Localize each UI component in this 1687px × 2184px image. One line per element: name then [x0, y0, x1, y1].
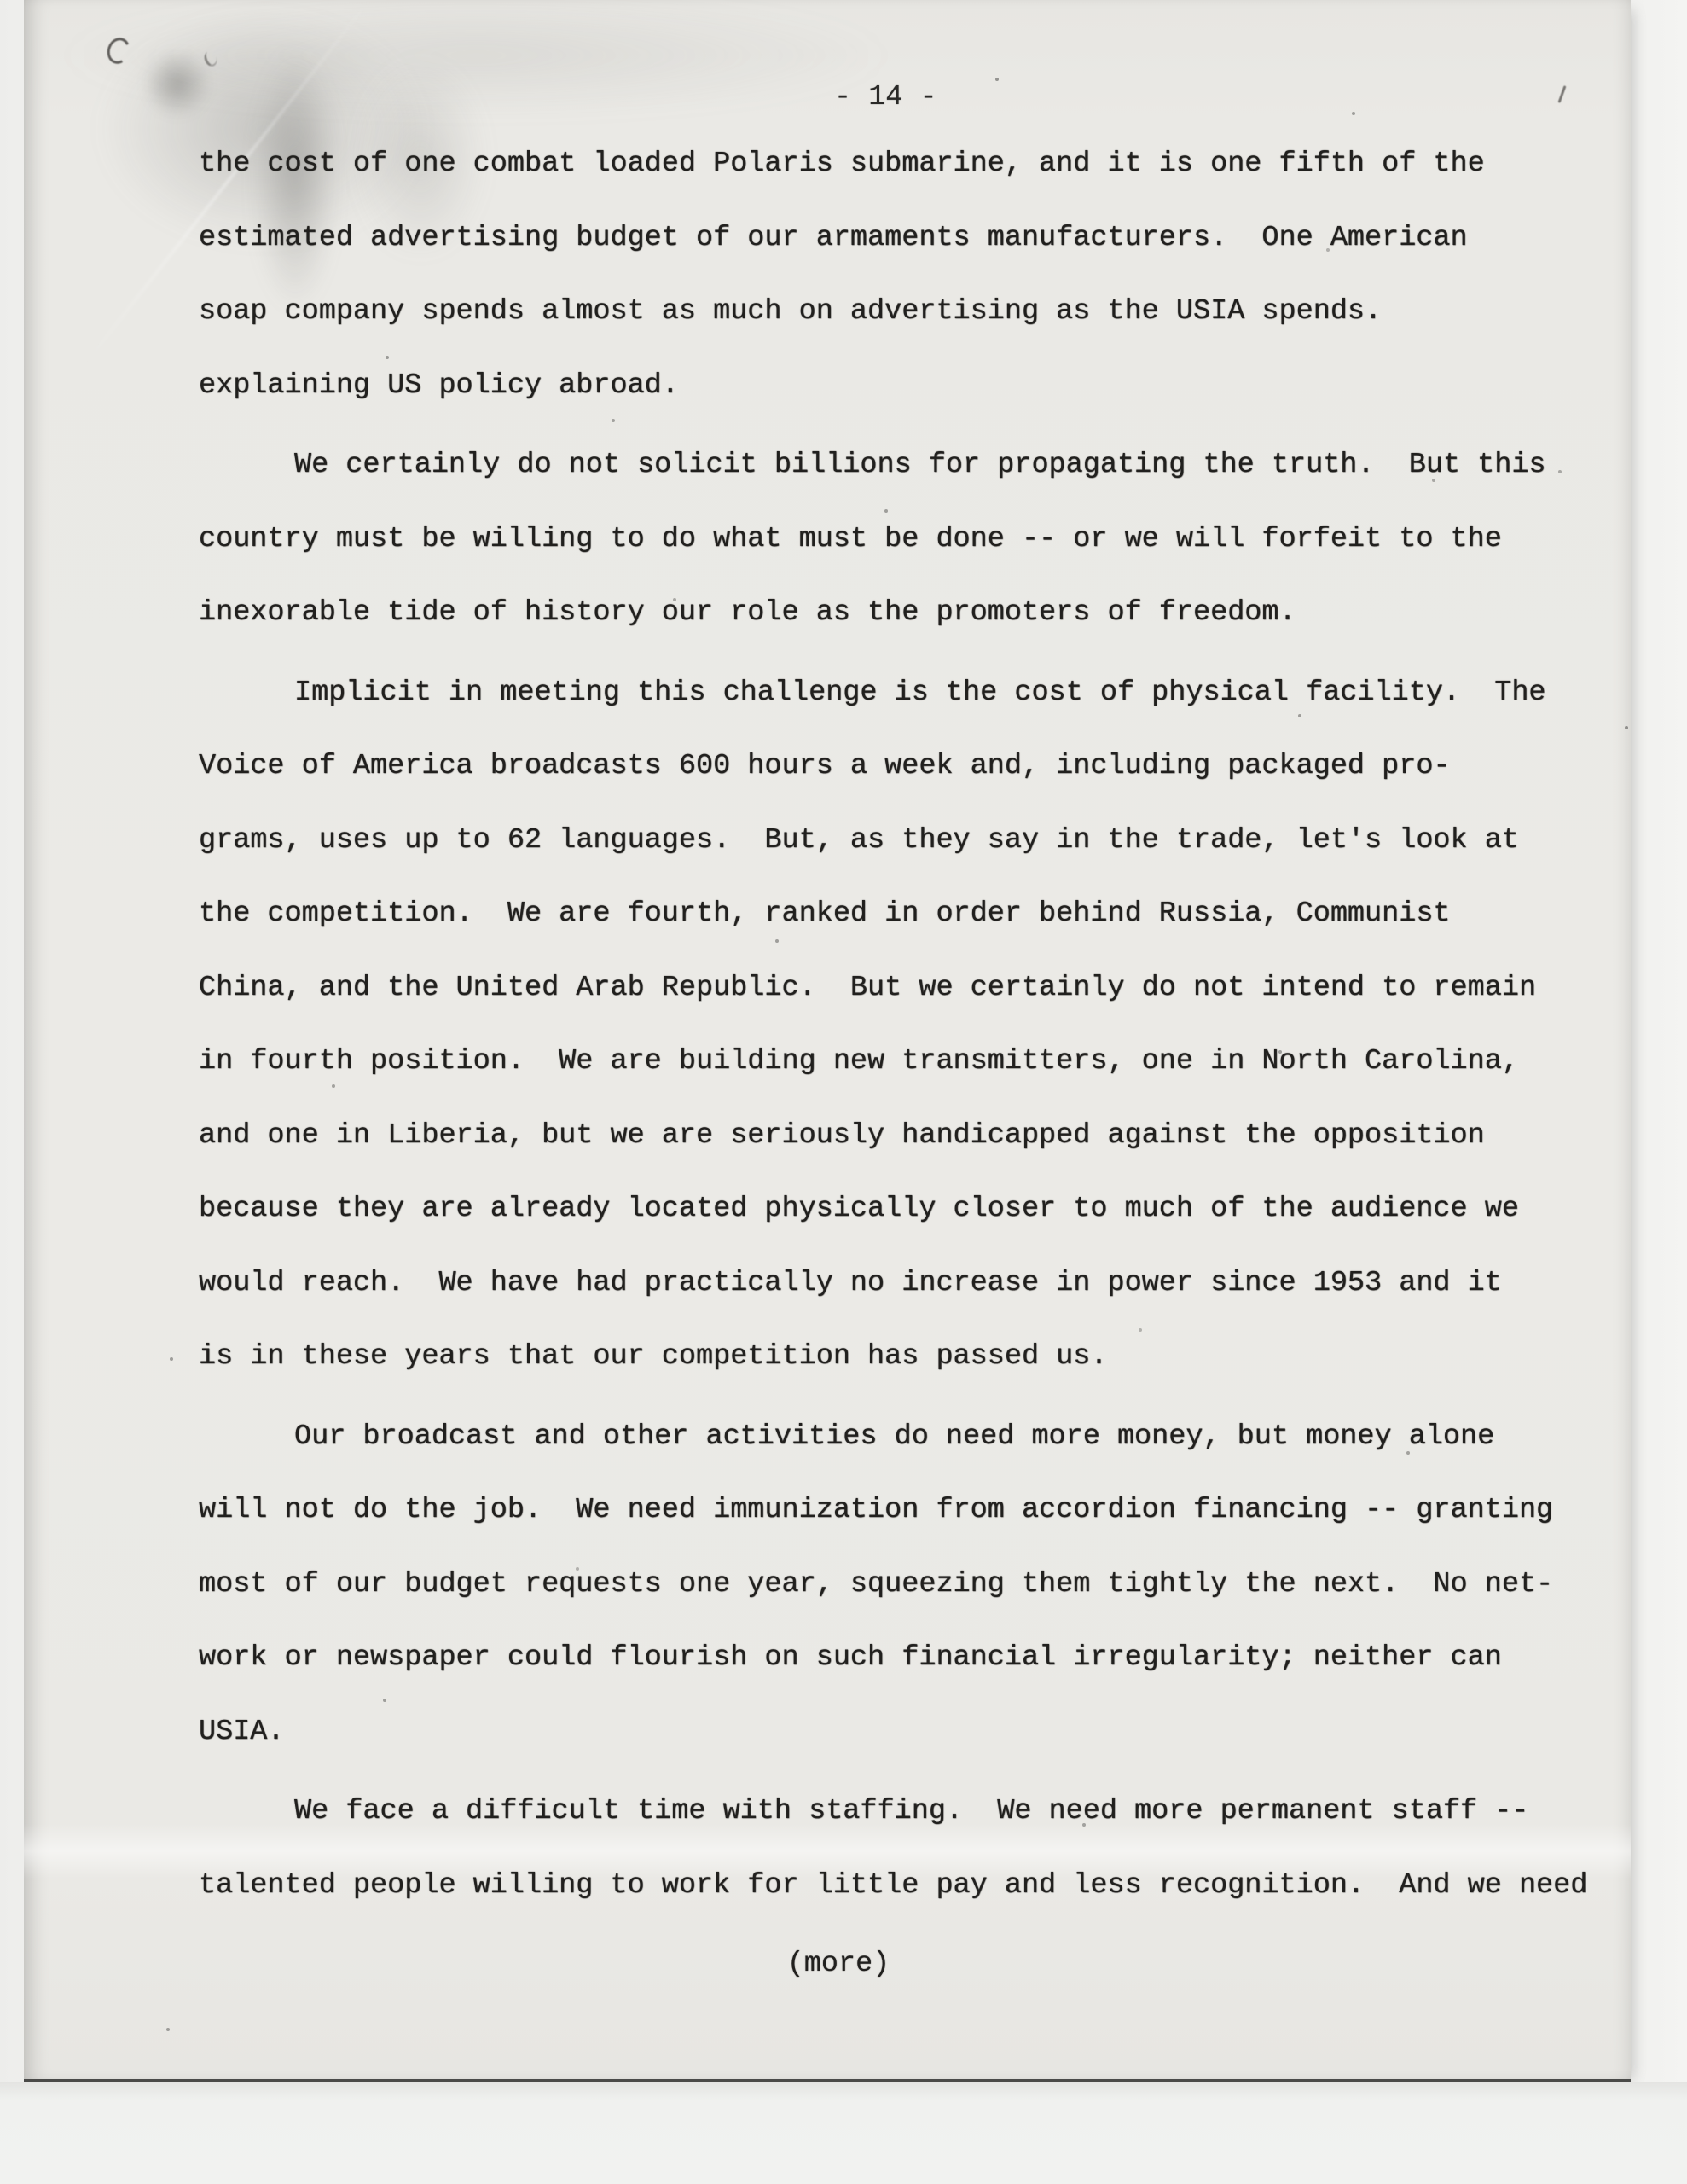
- text-line: the competition. We are fourth, ranked i…: [199, 877, 1580, 951]
- paragraph: Implicit in meeting this challenge is th…: [199, 656, 1580, 1394]
- pen-mark-icon: [202, 49, 219, 68]
- smudge-mark: [143, 49, 212, 118]
- pen-tick-icon: [1557, 85, 1566, 103]
- scan-background: { "doc": { "page_number": "- 14 -", "foo…: [0, 0, 1687, 2184]
- text-line: because they are already located physica…: [199, 1172, 1580, 1246]
- paragraph: Our broadcast and other activities do ne…: [199, 1400, 1580, 1769]
- text-line: China, and the United Arab Republic. But…: [199, 951, 1580, 1025]
- document-body: the cost of one combat loaded Polaris su…: [199, 127, 1580, 2001]
- paragraph: We face a difficult time with staffing. …: [199, 1774, 1580, 1922]
- pen-mark-icon: [104, 35, 133, 67]
- text-line: Implicit in meeting this challenge is th…: [199, 656, 1580, 730]
- text-line: We face a difficult time with staffing. …: [199, 1774, 1580, 1849]
- text-line: would reach. We have had practically no …: [199, 1246, 1580, 1321]
- paragraph: We certainly do not solicit billions for…: [199, 428, 1580, 650]
- text-line: explaining US policy abroad.: [199, 349, 1580, 423]
- text-line: work or newspaper could flourish on such…: [199, 1621, 1580, 1695]
- text-line: grams, uses up to 62 languages. But, as …: [199, 804, 1580, 878]
- smudge-mark: [58, 0, 894, 111]
- text-line: Voice of America broadcasts 600 hours a …: [199, 729, 1580, 804]
- text-line: talented people willing to work for litt…: [199, 1849, 1580, 1923]
- text-line: the cost of one combat loaded Polaris su…: [199, 127, 1580, 201]
- text-line: country must be willing to do what must …: [199, 502, 1580, 577]
- text-line: in fourth position. We are building new …: [199, 1025, 1580, 1099]
- text-line: is in these years that our competition h…: [199, 1320, 1580, 1394]
- continuation-marker: (more): [148, 1927, 1529, 2001]
- text-line: We certainly do not solicit billions for…: [199, 428, 1580, 502]
- text-line: soap company spends almost as much on ad…: [199, 275, 1580, 349]
- text-line: will not do the job. We need immunizatio…: [199, 1473, 1580, 1548]
- text-line: inexorable tide of history our role as t…: [199, 576, 1580, 650]
- text-line: Our broadcast and other activities do ne…: [199, 1400, 1580, 1474]
- paragraph: the cost of one combat loaded Polaris su…: [199, 127, 1580, 422]
- scanner-background-bottom: [0, 2082, 1687, 2184]
- scan-noise-specks: [24, 0, 26, 2]
- text-line: most of our budget requests one year, sq…: [199, 1548, 1580, 1622]
- page-number: - 14 -: [834, 80, 937, 114]
- text-line: and one in Liberia, but we are seriously…: [199, 1099, 1580, 1173]
- document-page: - 14 - the cost of one combat loaded Pol…: [24, 0, 1631, 2082]
- text-line: USIA.: [199, 1695, 1580, 1769]
- text-line: estimated advertising budget of our arma…: [199, 201, 1580, 276]
